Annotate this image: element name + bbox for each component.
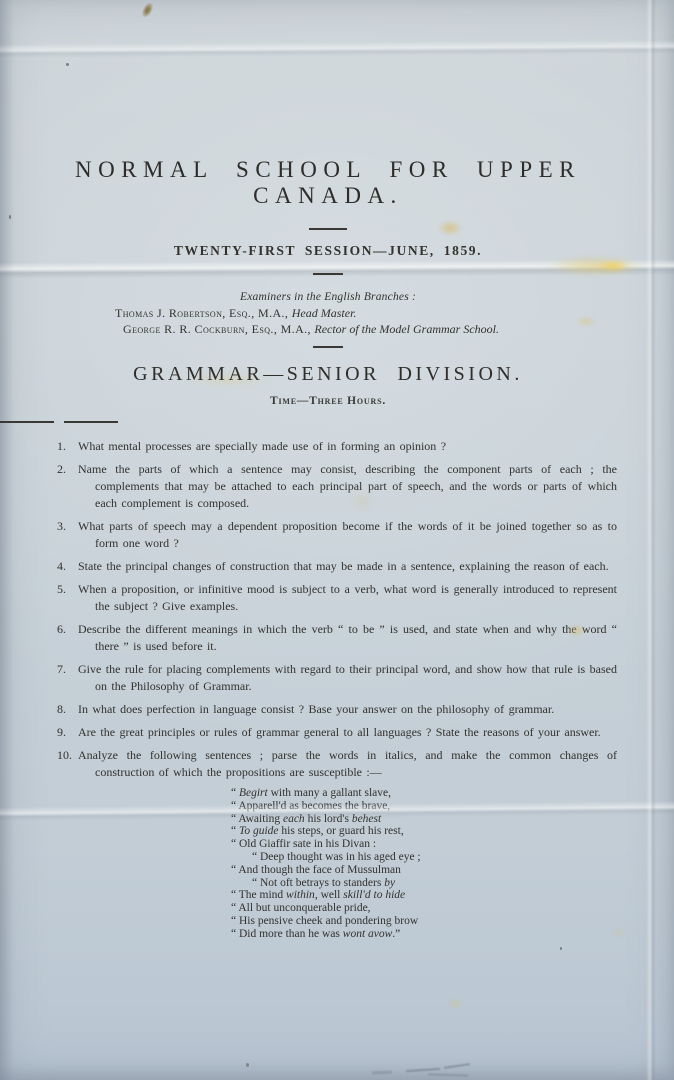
- question-text: Give the rule for placing complements wi…: [78, 662, 617, 693]
- examiners-heading: Examiners in the English Branches :: [0, 291, 656, 303]
- foxing-stain: [448, 998, 462, 1009]
- poem-segment: To guide: [239, 825, 279, 837]
- poem-line: “ Awaiting each his lord's behest: [231, 813, 674, 826]
- examiners-list: Thomas J. Robertson, Esq., M.A., Head Ma…: [0, 305, 656, 337]
- document-header: NORMAL SCHOOL FOR UPPER CANADA. TWENTY-F…: [0, 0, 656, 423]
- poem-line: “ Not oft betrays to standers by: [231, 877, 674, 890]
- poem-segment: by: [384, 877, 395, 889]
- time-note: Time—Three Hours.: [0, 395, 656, 407]
- question-text: State the principal changes of construct…: [78, 559, 609, 573]
- question-number: 10.: [57, 747, 78, 764]
- poem-line: “ Apparell'd as becomes the brave,: [231, 800, 674, 813]
- question-number: 4.: [57, 558, 78, 575]
- poem-segment: “ Old Giaffir sate in his Divan :: [231, 838, 376, 850]
- question-item: 4.State the principal changes of constru…: [57, 558, 617, 575]
- poem-line: “ Did more than he was wont avow.”: [231, 928, 674, 941]
- question-item: 3.What parts of speech may a dependent p…: [57, 518, 617, 552]
- poem-segment: wont avow: [343, 928, 393, 940]
- question-item: 8.In what does perfection in language co…: [57, 701, 617, 718]
- poem-segment: “ All but unconquerable pride,: [231, 902, 371, 914]
- divider-rule-double: [0, 421, 118, 423]
- question-item: 9.Are the great principles or rules of g…: [57, 724, 617, 741]
- examiner-line: Thomas J. Robertson, Esq., M.A., Head Ma…: [115, 305, 656, 321]
- poem-segment: his lord's: [305, 813, 352, 825]
- poem-segment: behest: [352, 813, 381, 825]
- pencil-smudge: [428, 1073, 468, 1076]
- paper-speck: [560, 947, 562, 950]
- paper-speck: [246, 1063, 249, 1067]
- poem-segment: “ The mind: [231, 889, 286, 901]
- pencil-smudge: [372, 1071, 392, 1075]
- poem-line: “ To guide his steps, or guard his rest,: [231, 825, 674, 838]
- poem-line: “ The mind within, well skill'd to hide: [231, 889, 674, 902]
- poem-extract: “ Begirt with many a gallant slave,“ App…: [231, 787, 674, 941]
- poem-segment: Begirt: [239, 787, 268, 799]
- question-number: 5.: [57, 581, 78, 598]
- question-text: Analyze the following sentences ; parse …: [78, 748, 617, 779]
- poem-segment: within: [286, 889, 315, 901]
- question-text: In what does perfection in language cons…: [78, 702, 554, 716]
- divider-rule: [309, 228, 347, 230]
- examiner-name: Thomas J. Robertson, Esq., M.A.,: [115, 306, 292, 320]
- poem-segment: “ And though the face of Mussulman: [231, 864, 401, 876]
- poem-segment: skill'd to hide: [343, 889, 405, 901]
- divider-rule: [313, 273, 343, 275]
- poem-segment: “: [231, 825, 239, 837]
- question-item: 1.What mental processes are specially ma…: [57, 438, 617, 455]
- poem-line: “ His pensive cheek and pondering brow: [231, 915, 674, 928]
- pencil-smudge: [406, 1068, 440, 1072]
- question-item: 10.Analyze the following sentences ; par…: [57, 747, 617, 781]
- question-item: 7.Give the rule for placing complements …: [57, 661, 617, 695]
- division-title: GRAMMAR—SENIOR DIVISION.: [0, 363, 656, 386]
- poem-line: “ All but unconquerable pride,: [231, 902, 674, 915]
- scanned-document-page: NORMAL SCHOOL FOR UPPER CANADA. TWENTY-F…: [0, 0, 674, 1080]
- question-text: What parts of speech may a dependent pro…: [78, 519, 617, 550]
- question-number: 2.: [57, 461, 78, 478]
- poem-segment: each: [283, 813, 305, 825]
- poem-line: “ Begirt with many a gallant slave,: [231, 787, 674, 800]
- poem-segment: .”: [392, 928, 400, 940]
- question-number: 8.: [57, 701, 78, 718]
- question-text: Are the great principles or rules of gra…: [78, 725, 601, 739]
- examiner-name: George R. R. Cockburn, Esq., M.A.,: [123, 322, 314, 336]
- page-title: NORMAL SCHOOL FOR UPPER CANADA.: [0, 0, 656, 209]
- poem-segment: his steps, or guard his rest,: [279, 825, 404, 837]
- question-text: When a proposition, or infinitive mood i…: [78, 582, 617, 613]
- poem-line: “ Old Giaffir sate in his Divan :: [231, 838, 674, 851]
- question-number: 6.: [57, 621, 78, 638]
- divider-rule: [313, 346, 343, 348]
- poem-segment: “: [231, 787, 239, 799]
- question-text: Name the parts of which a sentence may c…: [78, 462, 617, 510]
- question-number: 7.: [57, 661, 78, 678]
- poem-segment: with many a gallant slave,: [268, 787, 391, 799]
- poem-line: “ And though the face of Mussulman: [231, 864, 674, 877]
- poem-segment: “ Not oft betrays to standers: [252, 877, 384, 889]
- question-number: 9.: [57, 724, 78, 741]
- poem-line: “ Deep thought was in his aged eye ;: [231, 851, 674, 864]
- poem-segment: “ Did more than he was: [231, 928, 343, 940]
- examiner-role: Rector of the Model Grammar School.: [314, 322, 499, 336]
- pencil-smudge: [444, 1063, 470, 1069]
- question-item: 5.When a proposition, or infinitive mood…: [57, 581, 617, 615]
- questions-list: 1.What mental processes are specially ma…: [57, 438, 617, 781]
- poem-segment: “ Awaiting: [231, 813, 283, 825]
- question-text: What mental processes are specially made…: [78, 439, 446, 453]
- question-number: 3.: [57, 518, 78, 535]
- question-number: 1.: [57, 438, 78, 455]
- question-item: 2.Name the parts of which a sentence may…: [57, 461, 617, 512]
- question-text: Describe the different meanings in which…: [78, 622, 617, 653]
- poem-segment: “ His pensive cheek and pondering brow: [231, 915, 418, 927]
- examiner-line: George R. R. Cockburn, Esq., M.A., Recto…: [123, 321, 656, 337]
- poem-segment: , well: [315, 889, 343, 901]
- poem-segment: “ Deep thought was in his aged eye ;: [252, 851, 421, 863]
- poem-segment: “ Apparell'd as becomes the brave,: [231, 800, 390, 812]
- question-item: 6.Describe the different meanings in whi…: [57, 621, 617, 655]
- session-title: TWENTY-FIRST SESSION—JUNE, 1859.: [0, 243, 656, 259]
- examiner-role: Head Master.: [292, 306, 357, 320]
